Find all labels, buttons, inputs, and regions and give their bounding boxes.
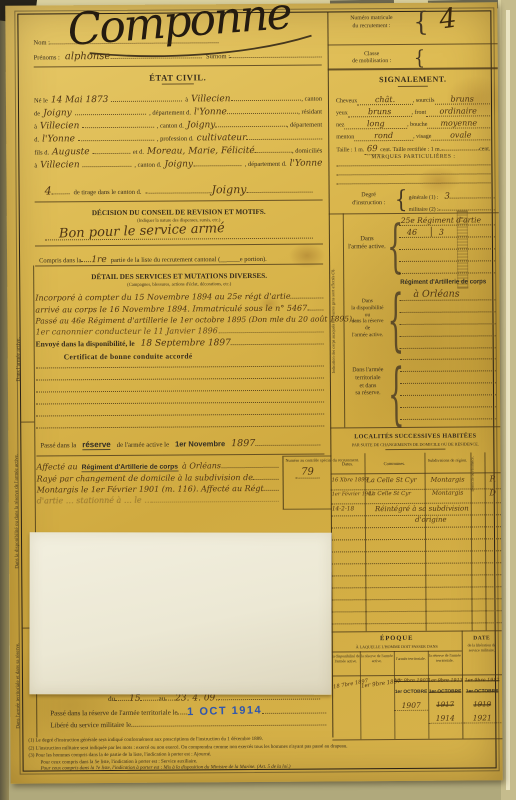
loc-r1-date: 16 Xbre 1899 [332, 477, 368, 483]
matricule-label-2: du recrutement : [331, 23, 411, 30]
ec4-fill2 [246, 132, 322, 141]
matricule-value: 4 [437, 3, 458, 36]
territoriale-fill2 [263, 706, 327, 714]
ep-col4-stamp: 1er OCTOBRE [428, 690, 462, 695]
epoque-title: ÉPOQUE [332, 635, 462, 643]
ec6-v2: Joigny [164, 159, 193, 169]
matricule-box-rule [328, 43, 498, 45]
service-line-1: Incorporé à compter du 15 Novembre 1894 … [35, 291, 323, 303]
ec6-v1: Villecien [40, 160, 79, 170]
dp-rule-2 [399, 311, 495, 313]
ec3-fill2 [215, 119, 286, 127]
loc-empty-rule-1 [331, 526, 501, 528]
affect-post: à Orléans [182, 461, 221, 470]
ep-title-rule [332, 651, 462, 653]
visage-label: , visage [413, 134, 431, 140]
instruction-brace: { [395, 185, 408, 214]
libere-fill [131, 718, 326, 727]
etat-civil-title-underline [162, 83, 194, 84]
affect-row-1: Affecté au Régiment d'Artillerie de corp… [36, 460, 278, 473]
marques-rule-1 [336, 164, 490, 166]
ec3-fill1 [82, 120, 153, 128]
margin-label-armee-active: Dans l'armée active. [15, 304, 34, 416]
ep-col5-struck: 1er 9bre 1917 [463, 678, 501, 683]
armee-active-value-2b: 3 [439, 228, 444, 237]
ec6-fill2 [193, 158, 242, 166]
compris-value: 1re [91, 255, 106, 265]
loc-col-dates: Dates. [330, 461, 364, 466]
dp-rule-3 [400, 323, 496, 325]
ec2-post: , résidant [298, 109, 322, 116]
service-line-3: Passé au 46e Régiment d'artillerie le 1e… [35, 314, 323, 326]
ec1-v1: 14 Mai 1873 [51, 95, 109, 105]
ec6-fill1 [83, 159, 132, 167]
taille-rectifiee-label: cent. Taille rectifiée : 1 m. [380, 147, 441, 153]
blank-rule-6 [36, 426, 324, 429]
ec-line-5: fils d. Auguste et d. Moreau, Marie, Fél… [34, 145, 322, 158]
ec6-mid2: , département d. [245, 161, 287, 168]
service-text-2: arrivé au corps le 16 Novembre 1894. Imm… [35, 304, 307, 315]
affect-fill-2 [253, 472, 279, 480]
menton-label: menton [336, 134, 354, 140]
bouche-value: moyenne [427, 118, 490, 128]
prenoms-value: alphonse [65, 51, 111, 62]
tr-rule-2 [400, 370, 496, 372]
sig-row-3: nez long , bouche moyenne [336, 118, 490, 129]
front-value: ordinaire [426, 106, 490, 116]
prenoms-row: Prénoms : alphonse Surnom : [34, 50, 322, 63]
ec5-mid: et d. [133, 149, 144, 156]
dispo-regiment-stamp: Régiment d'Artillerie de corps [397, 278, 489, 286]
tr-rule-1 [400, 358, 496, 360]
ep-vline-1 [360, 651, 362, 739]
compris-post: partie de la liste du recrutement canton… [111, 256, 267, 264]
envoye-fill [231, 337, 324, 346]
page-edge-sliver [506, 10, 510, 790]
sourcils-value: bruns [434, 94, 490, 104]
ec4-fill1 [78, 133, 154, 142]
yeux-label: yeux [336, 110, 348, 116]
nom-blank-line [50, 35, 219, 44]
ec-line-2: de Joigny , département d. l'Yonne , rés… [34, 106, 322, 119]
ep-col4-struck-2: 1917 [428, 701, 462, 709]
tr-rule-4 [400, 394, 496, 396]
service-line-4: 1er canonnier conducteur le 11 Janvier 1… [36, 325, 324, 337]
epoque-subtitle: À LAQUELLE L'HOMME DOIT PASSER DANS [332, 644, 462, 650]
reserve-fill [255, 438, 320, 446]
localites-table: Dates. Communes. Subdivisions de région.… [330, 452, 501, 631]
cheveux-value: chât. [357, 95, 413, 105]
ec2-mid: , département d. [149, 109, 191, 116]
dispo-label-2: la disponibilité [345, 305, 389, 312]
ec5-v1: Auguste [52, 147, 89, 157]
ep-header-rule [332, 674, 502, 676]
cheveux-label: Cheveux [336, 98, 357, 104]
yeux-value: bruns [348, 107, 412, 117]
ep-col5-stamp: 1er OCTOBRE [463, 689, 501, 694]
dispo-brace: { [387, 283, 404, 361]
menton-value: rond [354, 131, 413, 141]
signalement-title: SIGNALEMENT. [328, 74, 498, 84]
ec3-mid: , canton d. [157, 122, 184, 129]
loc-r1-dr: R [485, 474, 501, 483]
reserve-stamp-2: 1er Novembre [175, 439, 225, 448]
ec4-v1: l'Yonne [42, 134, 75, 144]
affect-line-3: Montargis le 1er Février 1901 (m. 116). … [37, 484, 264, 495]
ec4-v2: cultivateur [197, 133, 247, 143]
libere-label: Libéré du service militaire le [50, 721, 131, 730]
left-column: Componne Nom : Prénoms : alphonse Surnom… [33, 4, 326, 784]
affect-fill-4 [152, 494, 279, 503]
ep-col3-struck: 1er 9bre 1907 [394, 679, 428, 684]
aa-rule-2 [399, 236, 495, 238]
visage-value: ovale [431, 130, 490, 140]
tr-rule-3 [400, 382, 496, 384]
surnom-label: Surnom : [206, 53, 230, 60]
tirage-rule [35, 200, 323, 203]
loc-empty-rule-8 [332, 610, 502, 612]
territoriale-brace: { [388, 357, 405, 435]
ec4-pre: d. [34, 136, 39, 143]
classe-brace: { [414, 47, 426, 70]
loc-r1-commune: La Celle St Cyr [367, 476, 417, 484]
armee-active-value-2a: 46 [407, 228, 417, 237]
dispo-label-block: Dans la disponibilité ou dans la réserve… [345, 298, 389, 339]
terr-label-4: sa réserve. [346, 390, 390, 398]
ec1-v2: Villecien [191, 94, 230, 104]
ec5-fill2 [255, 145, 292, 153]
corps-box-bottom-rule [330, 426, 500, 428]
controle-special-value: 79 [296, 466, 320, 478]
generale-fill [450, 190, 495, 198]
ep-col2-header: la réserve de l'armée active. [360, 654, 394, 664]
affect-pre: Affecté au [36, 462, 77, 471]
affect-row-3: Montargis le 1er Février 1901 (m. 116). … [37, 483, 279, 495]
instruction-label-1: Degré [343, 192, 395, 198]
loc-empty-rule-6 [331, 586, 501, 588]
instruction-generale-row: générale (1) : 3 [409, 190, 495, 202]
envoye-value: 18 Septembre 1897 [141, 338, 231, 349]
terr-label-1: Dans l'armée [346, 367, 390, 375]
ep-col3-header: l'armée territoriale. [394, 657, 428, 662]
matricule-label-1: Numéro matricule [331, 15, 411, 22]
ec3-pre: à [34, 124, 37, 131]
ep-col5-value: 1921 [463, 713, 501, 723]
marques-rule-2 [336, 173, 490, 175]
nom-label: Nom : [34, 39, 50, 46]
ec2-pre: de [34, 110, 40, 117]
territoriale-date-stamp: 1 OCT 1914 [187, 704, 262, 718]
ec3-v2: Joigny [187, 120, 216, 130]
affect-line-4: d'artie … stationné à … le … [37, 496, 153, 506]
loc-r2-dr: D [485, 488, 501, 497]
territoriale-label: Passé dans la réserve de l'armée territo… [50, 709, 177, 718]
blank-rule-1 [36, 366, 324, 369]
service-line-2: arrivé au corps le 16 Novembre 1894. Imm… [35, 303, 323, 315]
right-column: Numéro matricule du recrutement : { 4 Cl… [327, 2, 502, 781]
prenoms-label: Prénoms : [34, 54, 60, 61]
sig-row-1: Cheveux chât. , sourcils bruns [336, 94, 490, 105]
header-rule [34, 65, 322, 68]
loc-r1-subdiv: Montargis [426, 475, 470, 483]
decision-rule [35, 244, 323, 247]
localites-title: LOCALITÉS SUCCESSIVES HABITÉES [330, 432, 500, 440]
ec2-v2: l'Yonne [194, 107, 227, 117]
tirage-fill3 [246, 185, 312, 193]
affect-line-2: Rayé par changement de domicile à la sub… [37, 473, 253, 484]
reserve-pre: Passé dans la [40, 442, 76, 449]
instruction-militaire-row: militaire (2) : [409, 202, 495, 213]
ec5-fill1 [93, 146, 130, 154]
loc-empty-rule-4 [331, 562, 501, 564]
illegible-vertical-stamp [457, 211, 469, 289]
classe-box-rule [328, 67, 498, 70]
ec6-pre: à [34, 163, 37, 170]
armee-active-label-1: Dans [345, 235, 389, 242]
margin-separator-1 [20, 422, 34, 423]
ec-line-3: à Villecien , canton d. Joigny , départe… [34, 119, 322, 132]
loc-empty-rule-3 [331, 550, 501, 552]
aa-rule-1 [399, 224, 495, 226]
ec1-fill2 [230, 93, 301, 101]
ep-col4-value: 1914 [428, 714, 462, 724]
matricule-card: Dans l'armée active. Dans la disponibili… [5, 2, 502, 783]
tirage-row: 4 de tirage dans le canton d. Joigny [45, 183, 313, 198]
reserve-year: 1897 [231, 438, 255, 449]
loc-col-subdiv: Subdivisions de région. [425, 457, 469, 462]
tr-rule-5 [400, 406, 496, 408]
loc-empty-rule-2 [331, 538, 501, 540]
nom-row: Nom : [34, 35, 219, 46]
armee-active-tick [431, 227, 432, 237]
matricule-brace: { [413, 6, 428, 37]
ec4-mid: , profession d. [157, 135, 194, 142]
dp-rule-1 [399, 299, 495, 301]
date-subtitle: de la libération du service militaire. [464, 643, 500, 653]
envoye-label: Envoyé dans la disponibilité, le [36, 339, 135, 349]
affect-fill-3 [264, 483, 279, 491]
reserve-stamp: réserve [82, 440, 111, 450]
affect-row-2: Rayé par changement de domicile à la sub… [37, 472, 279, 484]
generale-label: générale (1) : [409, 195, 439, 201]
ec1-fill1 [111, 93, 182, 101]
services-subtitle: (Campagnes, blessures, actions d'éclat, … [35, 281, 323, 288]
blank-rule-4 [36, 402, 324, 405]
controle-special-label: Numéro au contrôle spécial du recrutemen… [283, 456, 331, 463]
ec5-pre: fils d. [34, 149, 49, 156]
localites-subtitle: PAR SUITE DE CHANGEMENTS DE DOMICILE OU … [330, 441, 500, 447]
bouche-label: , bouche [407, 122, 427, 128]
ep-col4-header: la réserve de l'armée territoriale. [428, 654, 462, 664]
sl2-fill [307, 303, 323, 311]
ep-col5-struck-2: 1919 [463, 700, 501, 708]
loc-r2-subdiv: Montargis [426, 489, 470, 496]
aa-rule-3 [399, 248, 495, 250]
ec1-mid: à [185, 96, 188, 103]
loc-empty-rule-7 [331, 598, 501, 600]
service-text-4: 1er canonnier conducteur le 11 Janvier 1… [36, 326, 221, 336]
glued-paper-patch [29, 532, 331, 695]
ec-line-6: à Villecien , canton d. Joigny , départe… [34, 158, 322, 171]
localites-underline [385, 449, 445, 450]
periode-value-2: 23. 4. 09. [175, 693, 218, 703]
sig-row-4: menton rond , visage ovale [336, 130, 490, 141]
ec-line-4: d. l'Yonne , profession d. cultivateur [34, 132, 322, 145]
etat-civil-title: ÉTAT CIVIL. [34, 72, 322, 84]
taille-unit: cent. [479, 146, 490, 152]
scanned-military-record: Dans l'armée active. Dans la disponibili… [0, 0, 516, 800]
libere-row: Libéré du service militaire le [50, 718, 326, 730]
taille-label: Taille : 1 m. [336, 147, 364, 153]
aa-rule-4 [399, 260, 495, 262]
blank-rule-2 [36, 378, 324, 381]
dp-rule-4 [400, 335, 496, 337]
periode-value-1: 15 [129, 694, 141, 704]
compris-fill [81, 254, 91, 262]
tr-rule-6 [400, 418, 496, 420]
nez-value: long [344, 119, 407, 129]
ec2-fill2 [227, 106, 298, 114]
epoque-table: ÉPOQUE À LAQUELLE L'HOMME DOIT PASSER DA… [332, 630, 503, 741]
ec5-v2: Moreau, Marie, Félicité [147, 146, 255, 157]
loc-r3-text-2: d'origine [391, 515, 471, 524]
loc-empty-rule-5 [331, 574, 501, 576]
affect-fill-1 [221, 460, 279, 468]
militaire-fill [439, 202, 495, 210]
nez-label: nez [336, 122, 344, 128]
passe-reserve-row: Passé dans la réserve de l'armée active … [40, 438, 320, 451]
date-title: DATE [462, 635, 502, 641]
controle-special-box: Numéro au contrôle spécial du recrutemen… [282, 455, 331, 509]
aa-rule-5 [399, 272, 495, 274]
affect-stamp: Régiment d'Artillerie de corps [82, 464, 178, 473]
ep-col3-stamp: 1er OCTOBRE [394, 690, 428, 695]
ec5-post: , domiciliés [292, 148, 322, 155]
ec3-post: , département [287, 122, 322, 129]
instruction-label-2: d'instruction : [343, 200, 395, 206]
sourcils-label: , sourcils [413, 98, 435, 104]
loc-empty-rule-9 [332, 622, 502, 624]
marques-rule-3 [337, 182, 491, 184]
tirage-fill1 [52, 186, 70, 194]
reserve-rule [36, 454, 324, 457]
ep-col3-value: 1907 [394, 701, 428, 711]
loc-r2-commune: La Celle St Cyr [369, 491, 411, 497]
territoriale-label-block: Dans l'armée territoriale et dans sa rés… [346, 367, 390, 398]
ep-top-rule [332, 630, 502, 632]
dispo-value: à Orléans [413, 289, 459, 300]
ec6-v3: l'Yonne [290, 159, 323, 169]
armee-active-label-2: l'armée active. [345, 243, 389, 250]
tirage-fill2 [145, 185, 211, 193]
loc-r3-text: Réintégré à sa subdivision [366, 504, 478, 513]
ep-col4-struck: 1er 9bre 1913 [428, 679, 462, 684]
corps-box-top-rule [329, 212, 499, 214]
envoye-row: Envoyé dans la disponibilité, le 18 Sept… [36, 337, 324, 350]
periode-pre: du [108, 695, 115, 703]
certificat-label: Certificat de bonne conduite accordé [64, 351, 193, 361]
marques-label: MARQUES PARTICULIÈRES : [328, 153, 498, 160]
loc-r3-date: 14-2-18 [332, 506, 354, 512]
ec2-fill1 [75, 107, 146, 115]
sl4-fill [220, 325, 323, 334]
dp-rule-5 [400, 347, 496, 349]
sig-row-2: yeux bruns , front ordinaire [336, 106, 490, 117]
classe-label-2: de mobilisation : [332, 58, 412, 65]
signalement-underline [398, 86, 428, 87]
surnom-line [230, 50, 322, 59]
classe-label-1: Classe [332, 51, 412, 58]
service-text-1: Incorporé à compter du 15 Novembre 1894 … [35, 292, 290, 303]
blank-rule-5 [36, 414, 324, 417]
prenoms-line [110, 50, 202, 59]
affect-row-4: d'artie … stationné à … le … [37, 494, 279, 506]
sl1-fill [291, 291, 324, 299]
loc-col-communes: Communes. [364, 461, 424, 466]
front-label: , front [412, 110, 427, 116]
blank-rule-3 [36, 390, 324, 393]
reserve-mid: de l'armée active le [117, 442, 169, 449]
ec-line-1: Né le 14 Mai 1873 à Villecien , canton [34, 93, 322, 106]
ec1-pre: Né le [34, 97, 48, 104]
territoriale-row: Passé dans la réserve de l'armée territo… [50, 705, 326, 719]
tirage-label: de tirage dans le canton d. [74, 189, 142, 196]
ec6-mid: , canton d. [134, 162, 161, 169]
dispo-label-6: l'armée active. [346, 332, 390, 339]
tirage-canton: Joigny [212, 183, 247, 196]
ec2-v1: Joigny [43, 108, 72, 118]
taille-fill [441, 142, 479, 150]
ep-col1-header: la disponibilité de l'armée active. [332, 654, 360, 664]
ec3-v1: Villecien [40, 121, 79, 131]
compris-pre: Compris dans la [39, 257, 81, 264]
ec1-post: , canton [301, 96, 322, 103]
